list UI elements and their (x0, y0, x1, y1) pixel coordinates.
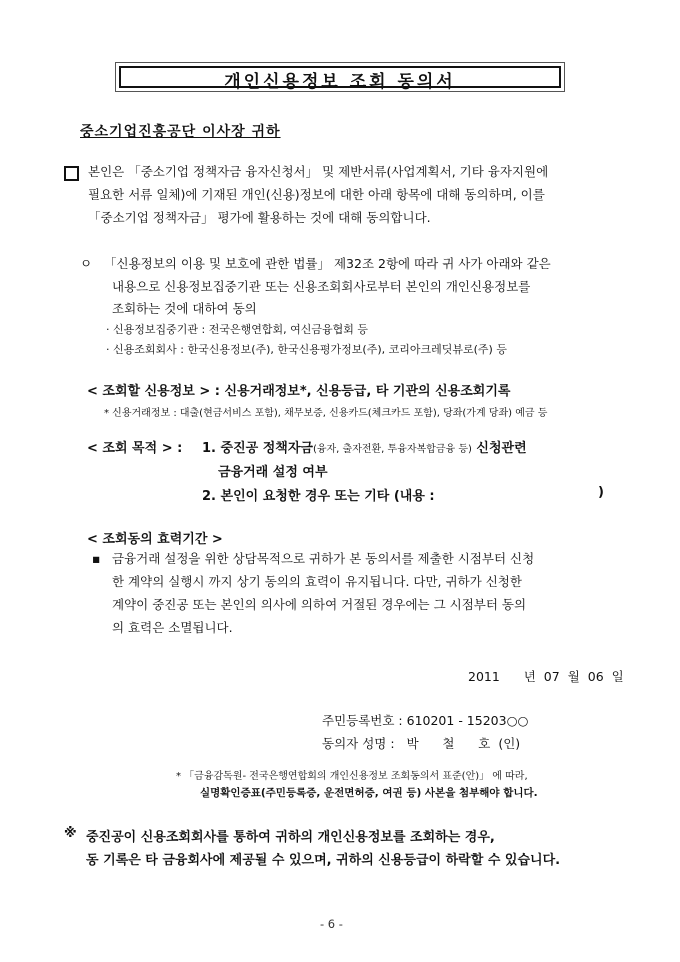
checkbox-icon[interactable] (64, 166, 79, 181)
signer-name-value: 박 철 호 (인) (406, 736, 520, 751)
legal-bullet-2: · 신용조회회사 : 한국신용정보(주), 한국신용평가정보(주), 코리아크레… (106, 341, 507, 357)
date-month-label: 월 (568, 669, 580, 684)
credit-info-heading: < 조회할 신용정보 > : 신용거래정보*, 신용등급, 타 기관의 신용조회… (87, 380, 510, 399)
purpose-item-2-close: ) (598, 485, 604, 500)
reference-mark-icon: ※ (64, 826, 77, 841)
signer-name-label: 동의자 성명 : (322, 736, 395, 751)
footnote-line-1: * 「금융감독원- 전국은행연합회의 개인신용정보 조회동의서 표준(안)」 에… (176, 767, 528, 782)
validity-line-3: 계약이 중진공 또는 본인의 의사에 의하여 거절된 경우에는 그 시점부터 동… (112, 594, 526, 616)
warning-line-1: 중진공이 신용조회회사를 통하여 귀하의 개인신용정보를 조회하는 경우, (86, 826, 495, 845)
date-year-label: 년 (524, 669, 536, 684)
legal-line-3: 조회하는 것에 대하여 동의 (112, 298, 257, 320)
validity-line-4: 의 효력은 소멸됩니다. (112, 617, 233, 639)
purpose-item-1-line-2: 금융거래 설정 여부 (218, 461, 328, 480)
circle-bullet-icon: ㅇ (80, 253, 92, 275)
page-number: - 6 - (320, 917, 343, 931)
resident-id-row: 주민등록번호 : 610201 - 15203○○ (322, 711, 528, 729)
purpose-heading: < 조회 목적 > : (87, 437, 182, 456)
date-month: 07 (544, 669, 560, 684)
date-day-label: 일 (612, 669, 624, 684)
validity-line-1: 금융거래 설정을 위한 상담목적으로 귀하가 본 동의서를 제출한 시점부터 신… (112, 548, 534, 570)
resident-id-label: 주민등록번호 : (322, 713, 403, 728)
purpose-item-1-main: 1. 중진공 정책자금 (202, 441, 313, 456)
purpose-item-1: 1. 중진공 정책자금(융자, 출자전환, 투융자복합금융 등) 신청관련 (202, 437, 527, 456)
intro-line-1: 본인은 「중소기업 정책자금 융자신청서」 및 제반서류(사업계획서, 기타 융… (88, 161, 548, 183)
square-bullet-icon: ▪ (92, 548, 100, 570)
resident-id-value: 610201 - 15203○○ (407, 713, 529, 728)
intro-line-3: 「중소기업 정책자금」 평가에 활용하는 것에 대해 동의합니다. (88, 207, 431, 229)
purpose-item-1-tail: 신청관련 (472, 441, 527, 456)
date: 2011 년 07 월 06 일 (468, 667, 624, 685)
legal-line-2: 내용으로 신용정보집중기관 또는 신용조회회사로부터 본인의 개인신용정보를 (112, 276, 530, 298)
warning-line-2: 동 기록은 타 금융회사에 제공될 수 있으며, 귀하의 신용등급이 하락할 수… (86, 849, 560, 868)
intro-line-2: 필요한 서류 일체)에 기재된 개인(신용)정보에 대한 아래 항목에 대해 동… (88, 184, 545, 206)
date-day: 06 (588, 669, 604, 684)
purpose-item-1-detail: (융자, 출자전환, 투융자복합금융 등) (313, 444, 472, 455)
legal-line-1: 「신용정보의 이용 및 보호에 관한 법률」 제32조 2항에 따라 귀 사가 … (104, 253, 551, 275)
footnote-line-2: 실명확인증표(주민등록증, 운전면허증, 여권 등) 사본을 첨부해야 합니다. (200, 785, 538, 800)
date-year: 2011 (468, 669, 500, 684)
document-title: 개인신용정보 조회 동의서 (116, 67, 564, 92)
purpose-item-2: 2. 본인이 요청한 경우 또는 기타 (내용 : (202, 485, 435, 504)
signer-name-row: 동의자 성명 : 박 철 호 (인) (322, 734, 520, 752)
validity-line-2: 한 계약의 실행시 까지 상기 동의의 효력이 유지됩니다. 다만, 귀하가 신… (112, 571, 522, 593)
credit-info-note: * 신용거래정보 : 대출(현금서비스 포함), 채무보증, 신용카드(체크카드… (104, 404, 547, 419)
validity-heading: < 조회동의 효력기간 > (87, 528, 223, 547)
legal-bullet-1: · 신용정보집중기관 : 전국은행연합회, 여신금융협회 등 (106, 321, 368, 337)
addressee: 중소기업진흥공단 이사장 귀하 (80, 121, 281, 141)
title-box: 개인신용정보 조회 동의서 (115, 62, 565, 92)
